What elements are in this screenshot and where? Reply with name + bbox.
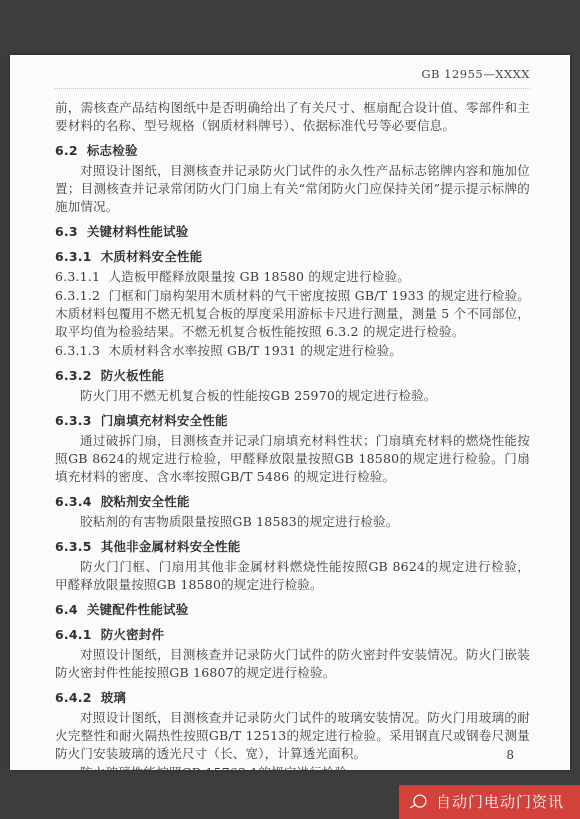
paragraph: 对照设计图纸，目测核查并记录防火门试件的防火密封件安装情况。防火门嵌装防火密封件… — [55, 646, 530, 682]
paragraph: 防火门门框、门扇用其他非金属材料燃烧性能按照GB 8624的规定进行检验，甲醛释… — [55, 558, 530, 594]
paragraph: 前，需核查产品结构图纸中是否明确给出了有关尺寸、框扇配合设计值、零部件和主要材料… — [55, 99, 530, 135]
paragraph: 防火门用不燃无机复合板的性能按GB 25970的规定进行检验。 — [55, 387, 530, 405]
paragraph: 6.3.1.1 人造板甲醛释放限量按 GB 18580 的规定进行检验。 — [55, 268, 530, 286]
section-heading: 6.3.1 木质材料安全性能 — [55, 248, 530, 266]
section-heading: 6.3 关键材料性能试验 — [55, 223, 530, 241]
section-heading: 6.3.4 胶粘剂安全性能 — [55, 493, 530, 511]
header-rule — [55, 88, 530, 89]
section-heading: 6.4.2 玻璃 — [55, 689, 530, 707]
section-heading: 6.3.5 其他非金属材料安全性能 — [55, 538, 530, 556]
door-logo-icon — [409, 793, 428, 812]
paragraph: 6.3.1.2 门框和门扇构架用木质材料的气干密度按照 GB/T 1933 的规… — [55, 287, 530, 341]
document-body: 前，需核查产品结构图纸中是否明确给出了有关尺寸、框扇配合设计值、零部件和主要材料… — [55, 99, 530, 770]
paragraph: 对照设计图纸，目测核查并记录防火门试件的永久性产品标志铭牌内容和施加位置；目测核… — [55, 162, 530, 216]
section-heading: 6.4.1 防火密封件 — [55, 626, 530, 644]
section-heading: 6.3.3 门扇填充材料安全性能 — [55, 412, 530, 430]
standard-code: GB 12955—XXXX — [421, 67, 530, 81]
page-header: GB 12955—XXXX — [55, 67, 530, 82]
paragraph: 通过破拆门扇，目测核查并记录门扇填充材料性状；门扇填充材料的燃烧性能按照GB 8… — [55, 432, 530, 486]
section-heading: 6.4 关键配件性能试验 — [55, 601, 530, 619]
screenshot-root: GB 12955—XXXX 前，需核查产品结构图纸中是否明确给出了有关尺寸、框扇… — [0, 0, 580, 819]
page-number: 8 — [506, 748, 514, 762]
watermark-badge: 自动门电动门资讯 — [399, 785, 580, 819]
watermark-label: 自动门电动门资讯 — [436, 785, 564, 819]
paragraph: 胶粘剂的有害物质限量按照GB 18583的规定进行检验。 — [55, 513, 530, 531]
section-heading: 6.3.2 防火板性能 — [55, 367, 530, 385]
paragraph: 6.3.1.3 木质材料含水率按照 GB/T 1931 的规定进行检验。 — [55, 342, 530, 360]
document-page: GB 12955—XXXX 前，需核查产品结构图纸中是否明确给出了有关尺寸、框扇… — [10, 55, 570, 770]
paragraph: 防火玻璃性能按照GB 15763.1的规定进行检验。 — [55, 764, 530, 770]
paragraph: 对照设计图纸，目测核查并记录防火门试件的玻璃安装情况。防火门用玻璃的耐火完整性和… — [55, 709, 530, 763]
section-heading: 6.2 标志检验 — [55, 142, 530, 160]
